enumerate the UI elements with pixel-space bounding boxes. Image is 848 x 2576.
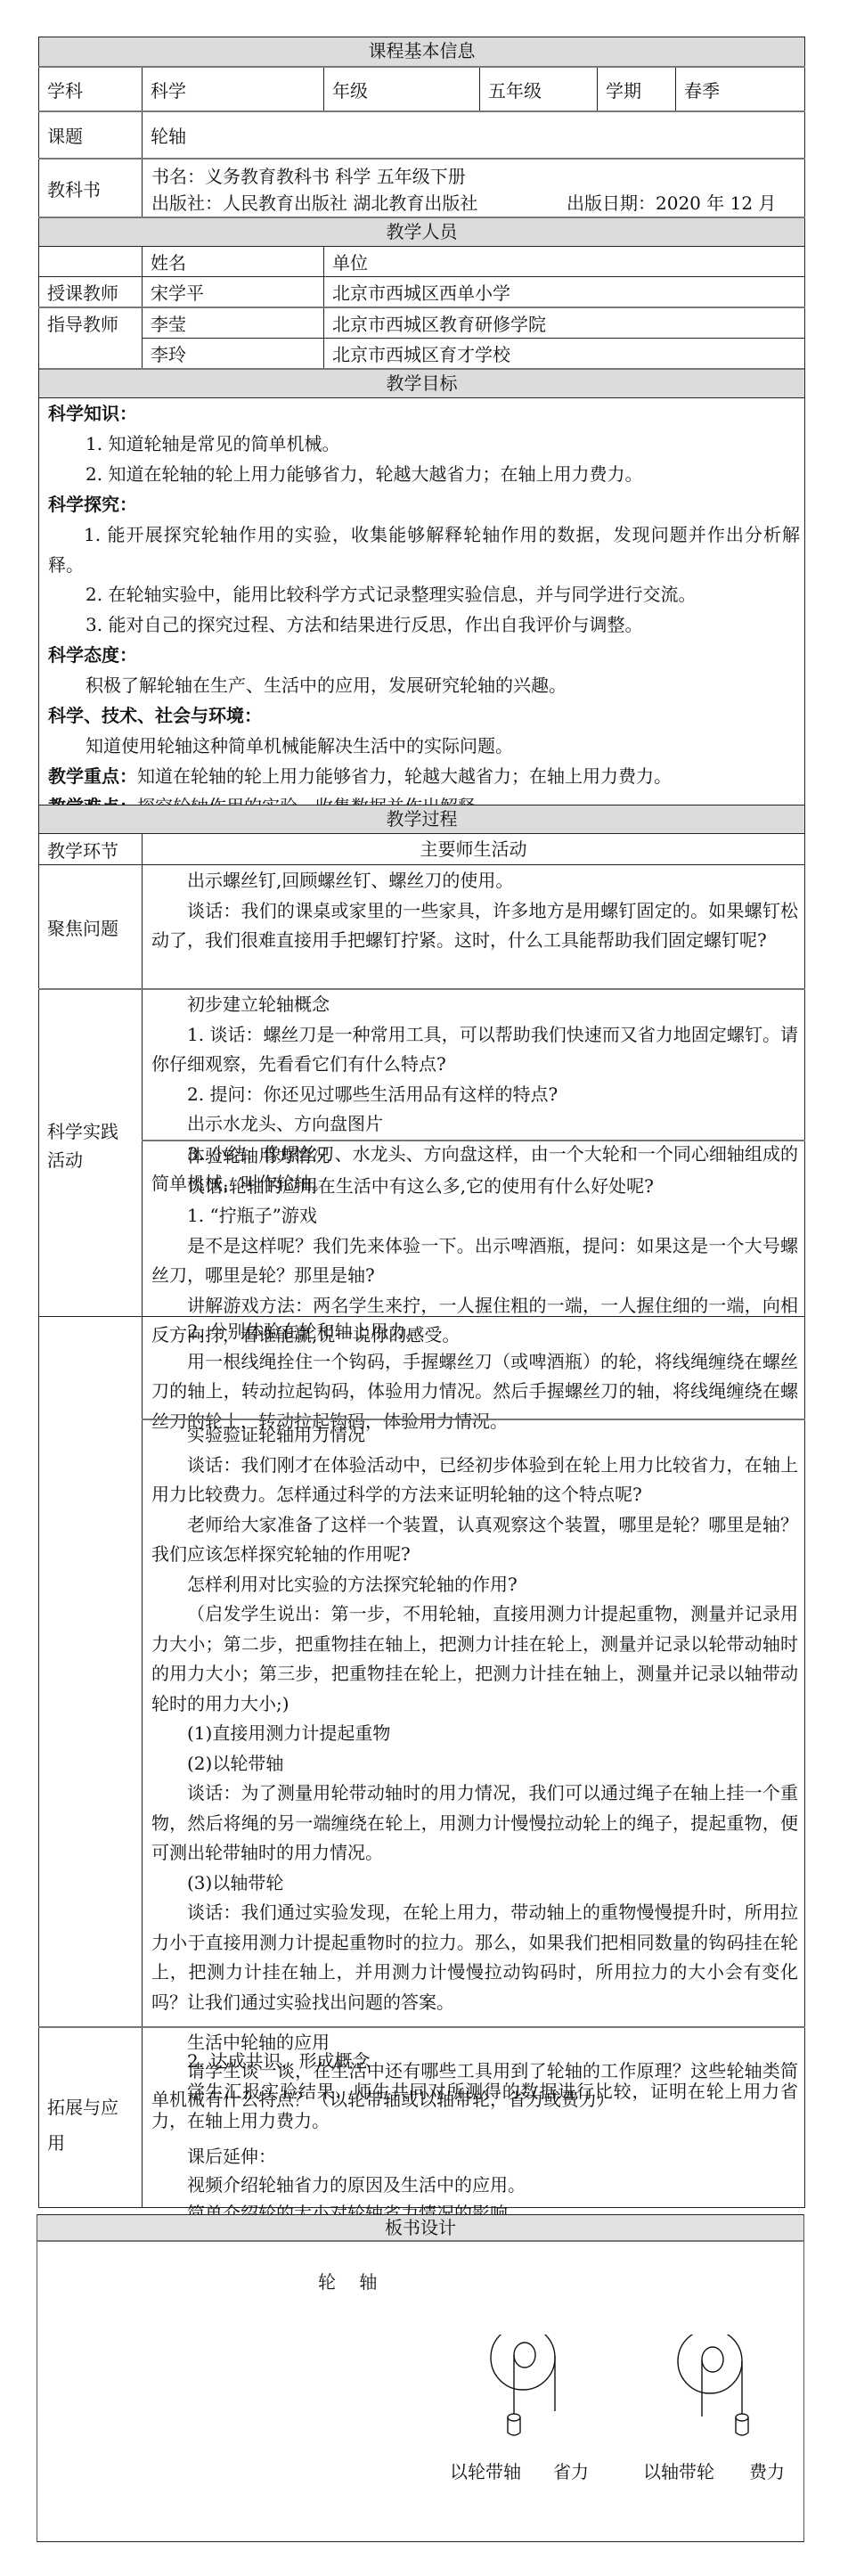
subject-value: 科学 bbox=[142, 68, 323, 110]
staff-unit: 北京市西城区西单小学 bbox=[323, 277, 805, 307]
knowledge-item: 1. 知道轮轴是常见的简单机械。 bbox=[86, 429, 339, 459]
key-point: 教学重点：知道在轮轴的轮上用力能够省力，轮越大越省力；在轴上用力费力。 bbox=[48, 762, 672, 791]
board-left-result: 省力 bbox=[553, 2457, 589, 2487]
stage-focus: 聚焦问题 bbox=[38, 865, 142, 988]
process-header: 教学过程 bbox=[39, 806, 804, 833]
sts-text: 知道使用轮轴这种简单机械能解决生活中的实际问题。 bbox=[86, 732, 513, 761]
wheel-axle-diagram bbox=[481, 2335, 775, 2441]
topic-value: 轮轴 bbox=[142, 112, 805, 158]
staff-col-name: 姓名 bbox=[142, 247, 323, 276]
board-right-result: 费力 bbox=[749, 2457, 785, 2487]
staff-role: 授课教师 bbox=[38, 277, 142, 307]
term-value: 春季 bbox=[675, 68, 805, 110]
inquiry-item: 3. 能对自己的探究过程、方法和结果进行反思，作出自我评价与调整。 bbox=[86, 610, 642, 640]
basic-info-header: 课程基本信息 bbox=[39, 37, 804, 66]
objectives-header: 教学目标 bbox=[39, 370, 804, 397]
term-label: 学期 bbox=[597, 68, 675, 110]
grade-label: 年级 bbox=[323, 68, 479, 110]
stage-practice: 科学实践活动 bbox=[47, 1117, 132, 1174]
stage-extension: 拓展与应用 bbox=[47, 2089, 132, 2161]
topic-label: 课题 bbox=[38, 112, 142, 158]
attitude-text: 积极了解轮轴在生产、生活中的应用，发展研究轮轴的兴趣。 bbox=[86, 671, 567, 700]
process-col-stage: 教学环节 bbox=[38, 834, 142, 864]
wheel-drives-axle-icon bbox=[491, 2335, 555, 2435]
subject-label: 学科 bbox=[38, 68, 142, 110]
inquiry-item: 1. 能开展探究轮轴作用的实验，收集能够解释轮轴作用的数据，发现问题并作出分析解… bbox=[48, 520, 800, 580]
process-col-activity: 主要师生活动 bbox=[142, 834, 805, 864]
inquiry-item: 2. 在轮轴实验中，能用比较科学方式记录整理实验信息，并与同学进行交流。 bbox=[86, 580, 696, 609]
staff-role: 指导教师 bbox=[38, 308, 142, 338]
staff-col-unit: 单位 bbox=[323, 247, 805, 276]
staff-unit: 北京市西城区育才学校 bbox=[323, 339, 805, 368]
sts-heading: 科学、技术、社会与环境： bbox=[48, 701, 262, 731]
attitude-heading: 科学态度： bbox=[48, 641, 137, 670]
board-header: 板书设计 bbox=[37, 2215, 803, 2240]
staff-name: 宋学平 bbox=[142, 277, 323, 307]
board-heading: 轮 轴 bbox=[318, 2268, 377, 2297]
staff-header: 教学人员 bbox=[39, 218, 804, 246]
inquiry-heading: 科学探究： bbox=[48, 490, 137, 519]
axle-drives-wheel-icon bbox=[678, 2335, 748, 2435]
textbook-date: 出版日期：2020 年 12 月 bbox=[567, 189, 776, 218]
staff-unit: 北京市西城区教育研修学院 bbox=[323, 308, 805, 338]
extension-content: 生活中轮轴的应用 请学生谈一谈，在生活中还有哪些工具用到了轮轴的工作原理？这些轮… bbox=[151, 2028, 798, 2228]
board-right-label: 以轴带轮 bbox=[643, 2457, 714, 2487]
staff-name: 李玲 bbox=[142, 339, 323, 368]
textbook-name: 书名：义务教育教科书 科学 五年级下册 bbox=[151, 162, 466, 192]
knowledge-item: 2. 知道在轮轴的轮上用力能够省力，轮越大越省力；在轴上用力费力。 bbox=[86, 460, 642, 489]
textbook-label: 教科书 bbox=[38, 159, 142, 217]
staff-name: 李莹 bbox=[142, 308, 323, 338]
knowledge-heading: 科学知识： bbox=[48, 399, 137, 429]
grade-value: 五年级 bbox=[479, 68, 597, 110]
focus-content: 出示螺丝钉,回顾螺丝钉、螺丝刀的使用。 谈话：我们的课桌或家里的一些家具，许多地… bbox=[151, 866, 798, 956]
board-left-label: 以轮带轴 bbox=[450, 2457, 521, 2487]
textbook-publisher: 出版社：人民教育出版社 湖北教育出版社 bbox=[151, 189, 477, 218]
